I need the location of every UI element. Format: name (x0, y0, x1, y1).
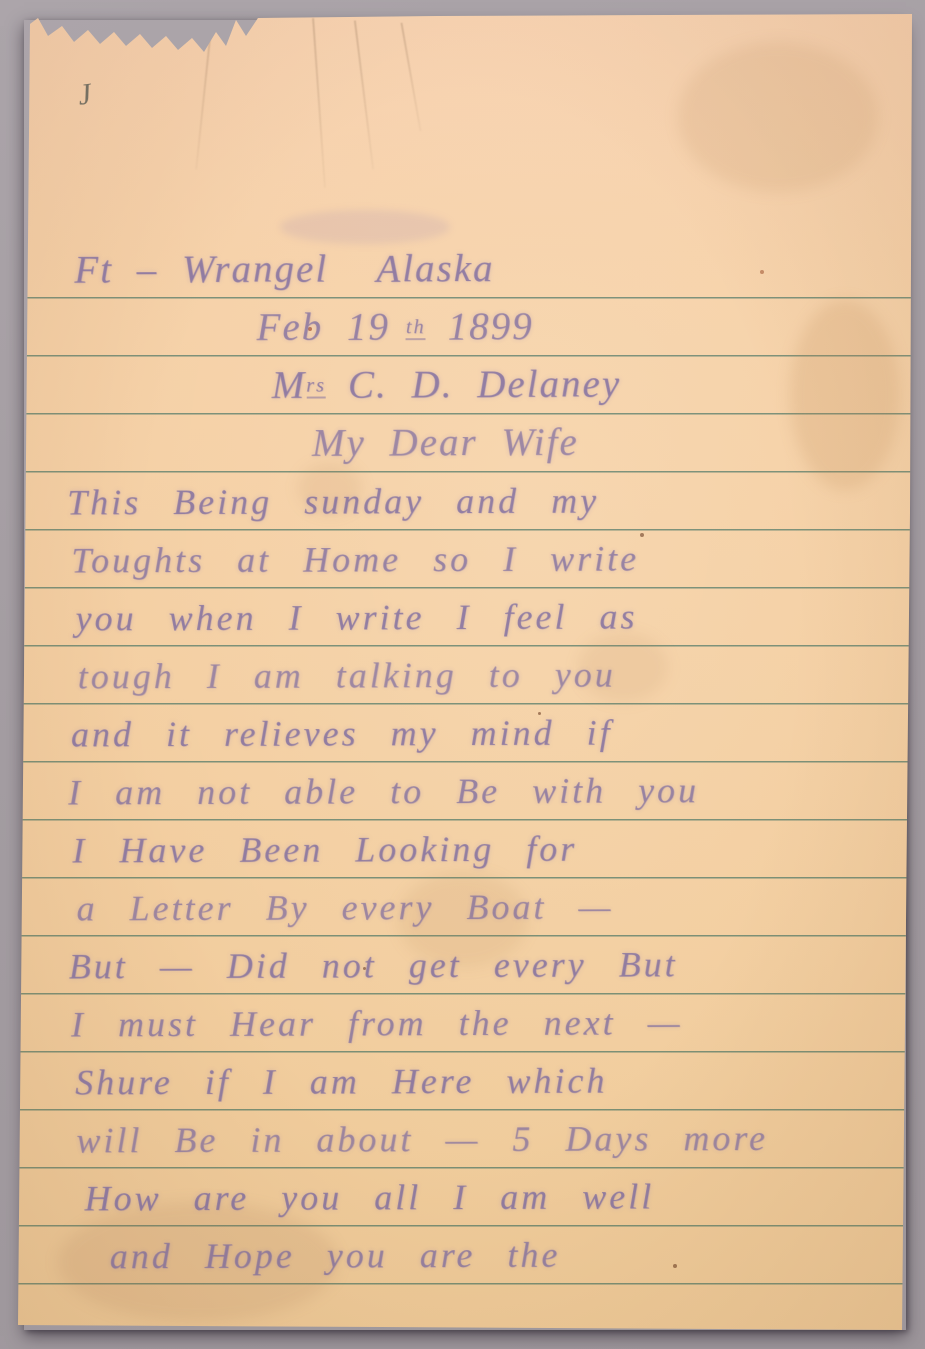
handwriting-segment: This Being sunday and my (67, 481, 599, 523)
handwriting-segment: I Have Been Looking for (72, 829, 577, 871)
handwriting-line: you when I write I feel as (67, 587, 867, 648)
handwriting-line: I am not able to Be with you (68, 761, 868, 822)
handwriting-segment: Feb 19 (256, 305, 390, 348)
superscript-segment: rs (306, 374, 326, 398)
handwriting-segment: I must Hear from the next — (71, 1002, 683, 1044)
handwriting-line: But — Did not get every But (69, 935, 869, 996)
handwriting-segment: Shure if I am Here which (75, 1061, 607, 1103)
handwriting-segment: you when I write I feel as (75, 596, 637, 638)
handwriting-segment: Toughts at Home so I write (71, 538, 639, 580)
handwriting-segment: and Hope you are the (110, 1235, 561, 1277)
handwriting-line: How are you all I am well (69, 1167, 869, 1228)
handwriting-segment: My Dear Wife (312, 421, 579, 465)
handwriting-line: Toughts at Home so I write (67, 529, 867, 590)
crease-mark (312, 18, 326, 188)
ink-smudge (280, 210, 450, 244)
handwriting-segment: How are you all I am well (84, 1176, 654, 1218)
handwriting-segment: and it relieves my mind if (71, 712, 613, 754)
crease-mark (400, 23, 421, 132)
letter-paper: J Ft – WrangelAlaskaFeb 19th1899MrsC. D.… (18, 12, 914, 1332)
handwriting-line: Shure if I am Here which (69, 1051, 869, 1112)
handwriting-segment: 1899 (448, 305, 534, 348)
handwriting-line: This Being sunday and my (67, 471, 867, 532)
handwriting-line: I must Hear from the next — (69, 993, 869, 1054)
handwriting-line: My Dear Wife (67, 413, 867, 474)
handwriting-segment: C. D. Delaney (348, 362, 621, 406)
handwriting-line: will Be in about — 5 Days more (69, 1109, 869, 1170)
handwriting-segment: a Letter By every Boat — (76, 886, 613, 928)
handwriting-line: Ft – WrangelAlaska (66, 239, 866, 300)
handwriting-segment: tough I am talking to you (78, 654, 616, 696)
handwriting-line: and it relieves my mind if (68, 703, 868, 764)
handwriting-segment: Alaska (376, 240, 494, 298)
scanned-letter-photo: { "document": { "kind": "handwritten let… (0, 0, 925, 1349)
handwriting-segment: I am not able to Be with you (68, 770, 699, 812)
handwriting-line: tough I am talking to you (68, 645, 868, 706)
handwriting-segment: will Be in about — 5 Days more (76, 1118, 768, 1160)
superscript-segment: th (406, 316, 426, 340)
handwriting-segment: M (272, 364, 307, 407)
letter-paper-area: J Ft – WrangelAlaskaFeb 19th1899MrsC. D.… (18, 12, 914, 1332)
handwriting-segment: But — Did not get every But (69, 944, 678, 986)
stain (678, 42, 878, 192)
handwriting-line: Feb 19th1899 (66, 297, 866, 358)
handwriting-line: MrsC. D. Delaney (67, 355, 867, 416)
handwriting-segment: Ft – Wrangel (74, 247, 328, 291)
crease-mark (354, 20, 374, 169)
pencil-mark: J (76, 77, 94, 113)
handwriting-line: I Have Been Looking for (68, 819, 868, 880)
handwriting-line: a Letter By every Boat — (68, 877, 868, 938)
handwriting-line: and Hope you are the (70, 1225, 870, 1286)
letter-text: Ft – WrangelAlaskaFeb 19th1899MrsC. D. D… (66, 239, 870, 1286)
